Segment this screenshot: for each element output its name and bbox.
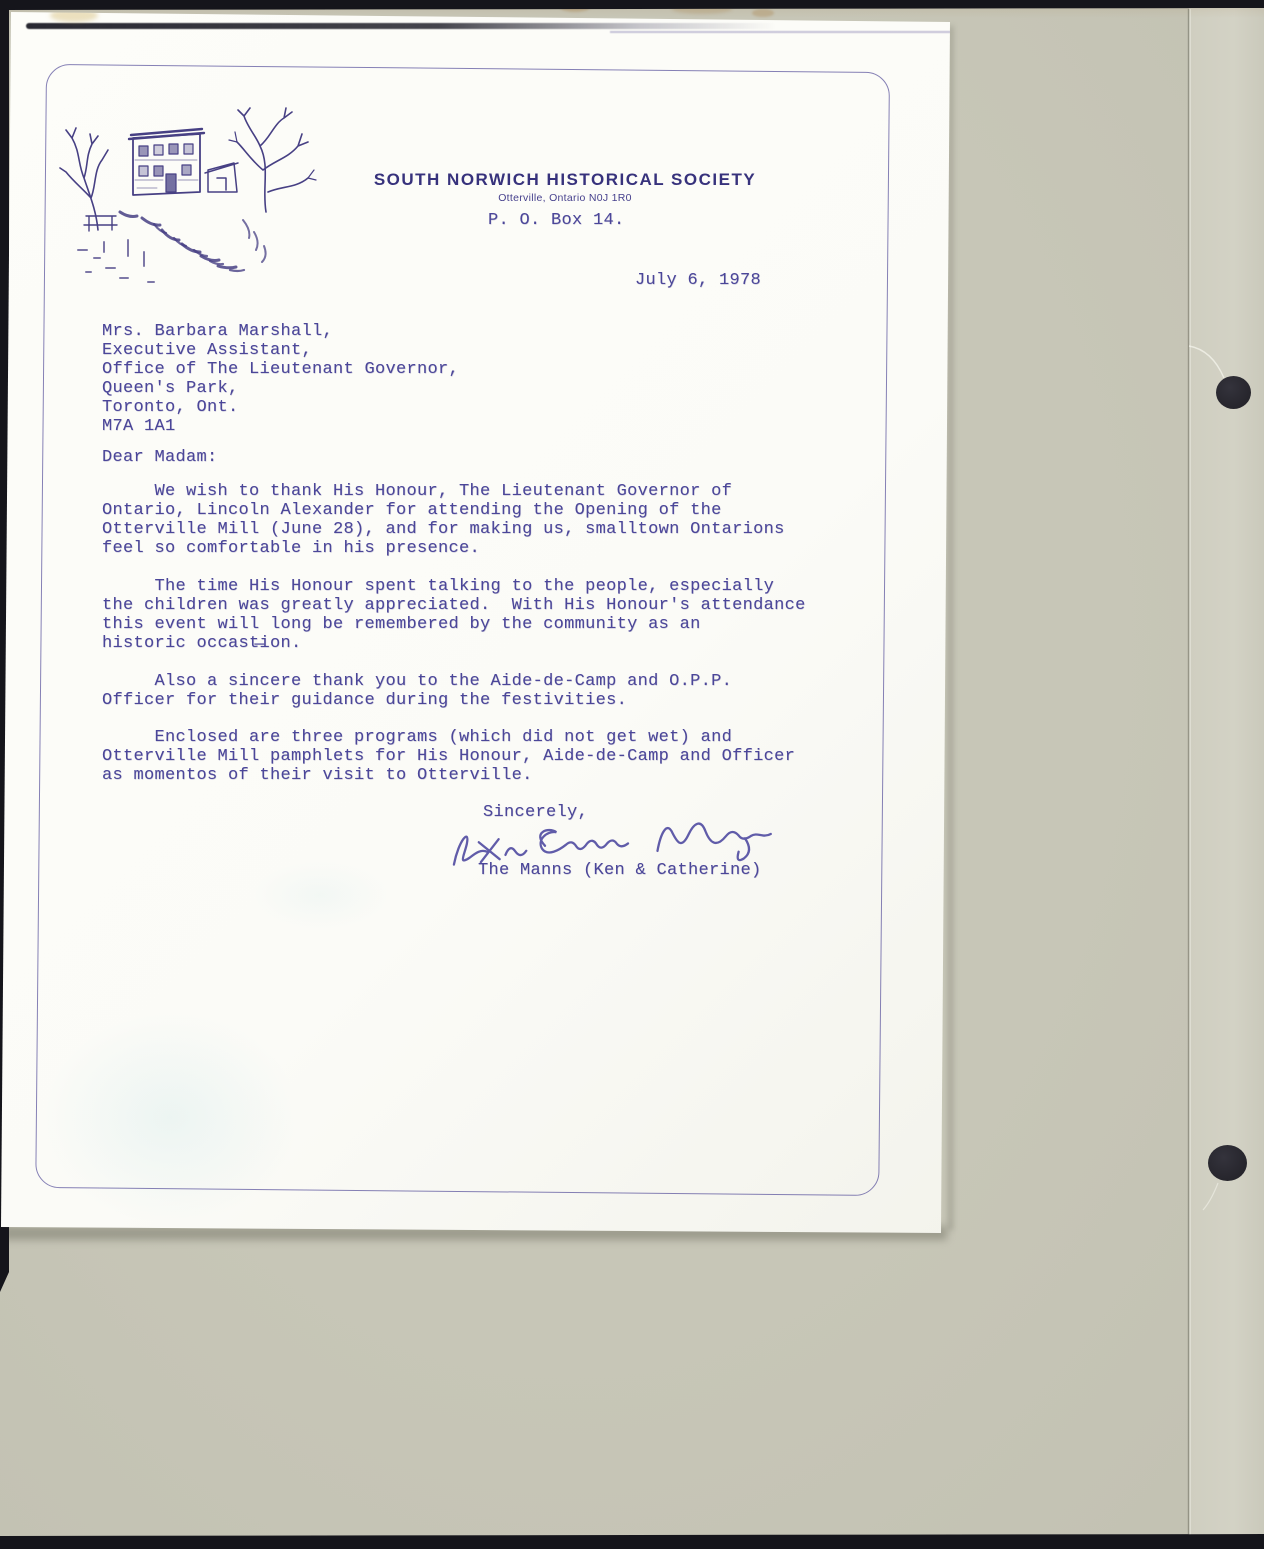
salutation: Dear Madam: [102,448,218,467]
hole-punch-bottom [1208,1145,1247,1181]
paragraph-1: We wish to thank His Honour, The Lieuten… [102,482,785,558]
paragraph-2: The time His Honour spent talking to the… [102,577,806,653]
letter-paper: SOUTH NORWICH HISTORICAL SOCIETY Ottervi… [0,0,960,1245]
paper-shadow [948,26,953,1230]
hole-punch-top [1216,376,1251,409]
scan-smudge-line-faint [610,31,960,33]
letterhead: SOUTH NORWICH HISTORICAL SOCIETY Ottervi… [330,170,800,204]
mill-illustration [58,100,323,295]
recipient-address-block: Mrs. Barbara Marshall, Executive Assista… [102,322,459,436]
paragraph-4: Enclosed are three programs (which did n… [102,728,795,785]
paragraph-3: Also a sincere thank you to the Aide-de-… [102,672,732,710]
signature-typed-name: The Manns (Ken & Catherine) [478,861,762,880]
scanned-letter-page: SOUTH NORWICH HISTORICAL SOCIETY Ottervi… [0,0,1264,1549]
organization-name: SOUTH NORWICH HISTORICAL SOCIETY [330,170,800,190]
organization-location: Otterville, Ontario N0J 1R0 [330,192,800,204]
po-box-line: P. O. Box 14. [488,211,625,230]
scan-smudge-line [26,23,776,29]
letter-date: July 6, 1978 [635,271,761,290]
